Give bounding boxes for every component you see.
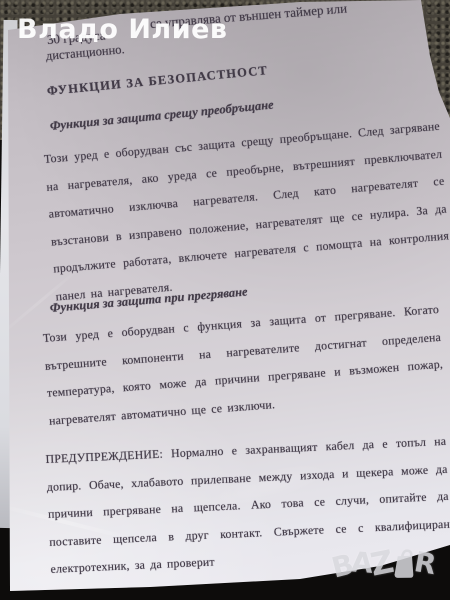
document-page: се управлява от външен таймер или 30 гра… (0, 0, 450, 600)
tipover-protection-paragraph: Този уред е оборудван със защита срещу п… (43, 113, 450, 311)
overheat-protection-paragraph: Този уред е оборудван с функция за защит… (42, 296, 446, 435)
seller-name-overlay: Владо Илиев (17, 14, 228, 45)
bazar-watermark: BAZ R (330, 532, 450, 594)
safety-functions-title: ФУНКЦИИ ЗА БЕЗОПАСТНОСТ (46, 63, 268, 99)
bazar-letter: R (412, 548, 438, 579)
